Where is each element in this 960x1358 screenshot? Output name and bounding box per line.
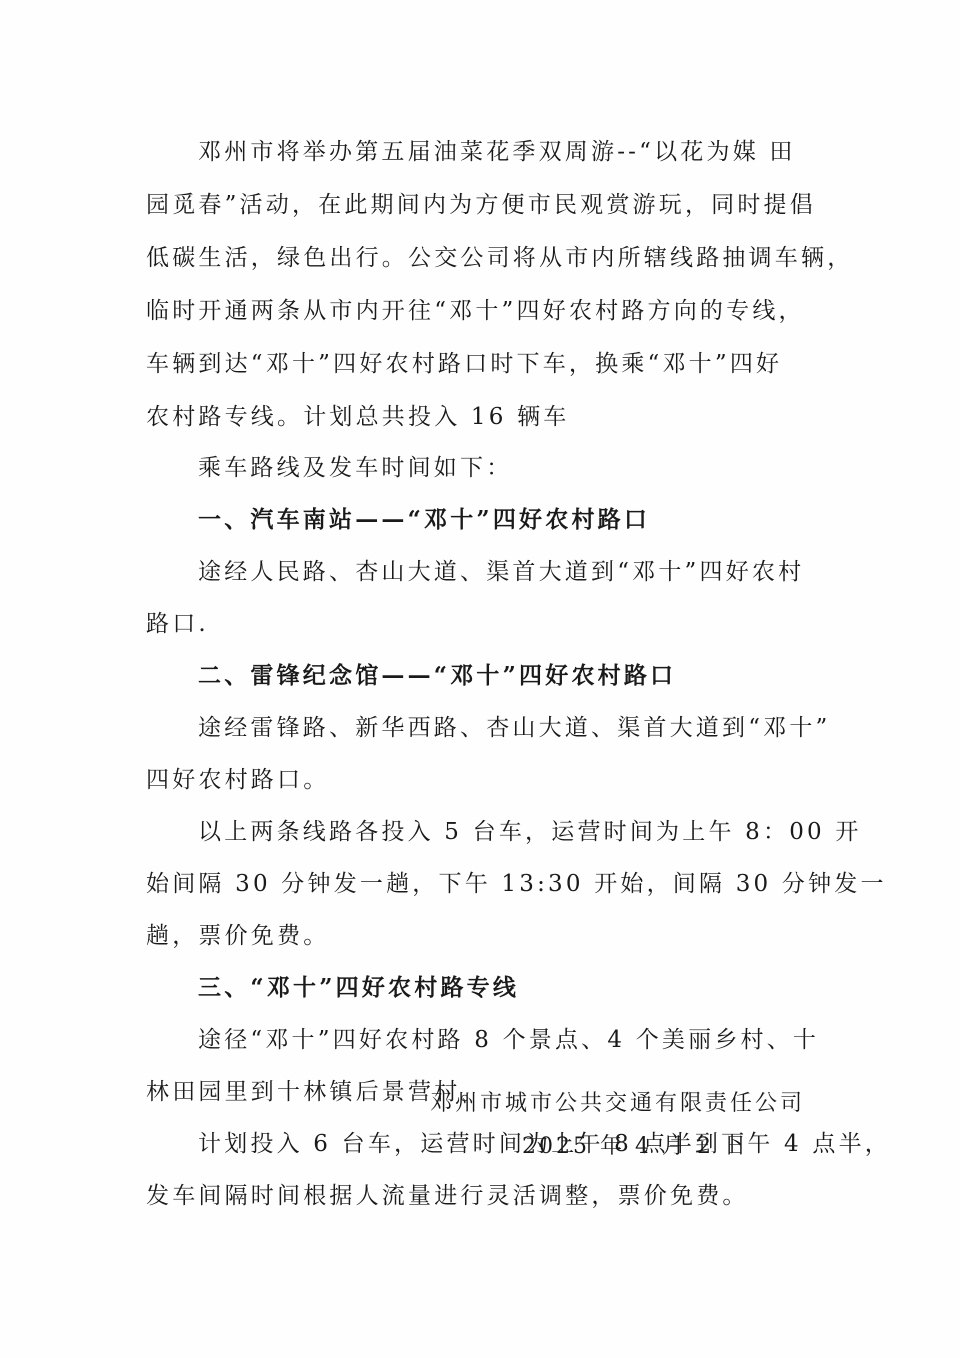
- route-1-desc-line-1: 途经人民路、杏山大道、渠首大道到“邓十”四好农村: [198, 557, 870, 587]
- intro-paragraph-line-4: 临时开通两条从市内开往“邓十”四好农村路方向的专线，: [146, 296, 818, 326]
- route-3-plan-line-2: 发车间隔时间根据人流量进行灵活调整，票价免费。: [146, 1181, 818, 1211]
- intro-paragraph-line-6: 农村路专线。计划总共投入 16 辆车: [146, 402, 818, 432]
- route-1-desc-line-2: 路口.: [146, 609, 818, 639]
- document-page: 邓州市将举办第五届油菜花季双周游--“以花为媒 田 园觅春”活动，在此期间内为方…: [0, 0, 960, 1358]
- route-3-desc-line-1: 途径“邓十”四好农村路 8 个景点、4 个美丽乡村、十: [198, 1025, 870, 1055]
- schedule-line-1: 以上两条线路各投入 5 台车，运营时间为上午 8：00 开: [198, 817, 870, 847]
- intro-paragraph-line-1: 邓州市将举办第五届油菜花季双周游--“以花为媒 田: [198, 137, 870, 167]
- route-2-heading: 二、雷锋纪念馆——“邓十”四好农村路口: [198, 661, 870, 691]
- signature-organization: 邓州市城市公共交通有限责任公司: [430, 1089, 805, 1119]
- signature-date: 2025 年 4 月 2 日: [522, 1132, 749, 1162]
- route-3-heading: 三、“邓十”四好农村路专线: [198, 973, 870, 1003]
- route-2-desc-line-1: 途经雷锋路、新华西路、杏山大道、渠首大道到“邓十”: [198, 713, 870, 743]
- routes-intro: 乘车路线及发车时间如下：: [198, 453, 870, 483]
- route-2-desc-line-2: 四好农村路口。: [146, 765, 818, 795]
- schedule-line-3: 趟，票价免费。: [146, 921, 818, 951]
- intro-paragraph-line-3: 低碳生活，绿色出行。公交公司将从市内所辖线路抽调车辆，: [146, 243, 818, 273]
- intro-paragraph-line-5: 车辆到达“邓十”四好农村路口时下车，换乘“邓十”四好: [146, 349, 818, 379]
- intro-paragraph-line-2: 园觅春”活动，在此期间内为方便市民观赏游玩，同时提倡: [146, 190, 818, 220]
- schedule-line-2: 始间隔 30 分钟发一趟，下午 13:30 开始，间隔 30 分钟发一: [146, 869, 818, 899]
- route-1-heading: 一、汽车南站——“邓十”四好农村路口: [198, 505, 870, 535]
